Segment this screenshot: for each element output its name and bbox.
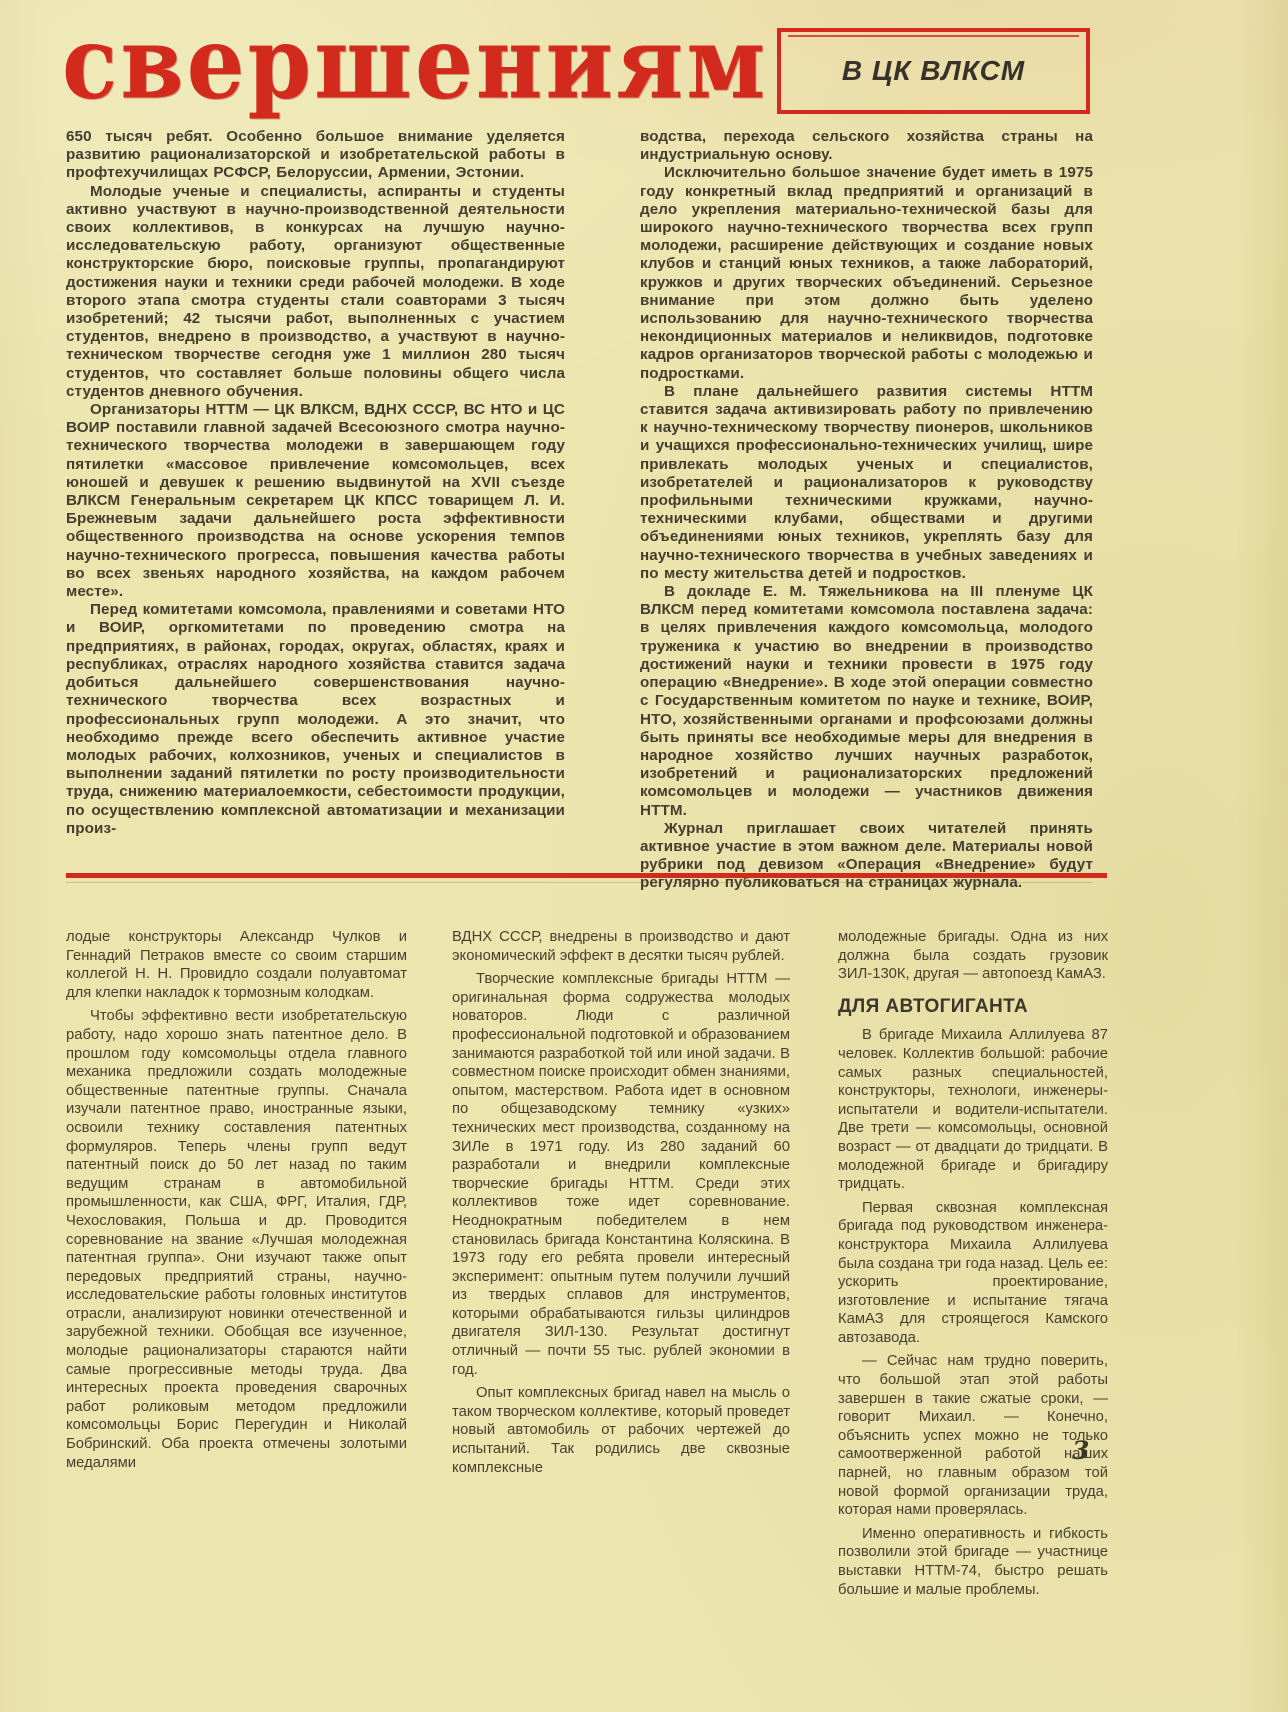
feature-column-2: ВДНХ СССР, внедрены в производство и даю… bbox=[452, 928, 790, 1477]
feature-column-3: молодежные бригады. Одна из них должна б… bbox=[838, 928, 1108, 1599]
paragraph: Организаторы НТТМ — ЦК ВЛКСМ, ВДНХ СССР,… bbox=[66, 401, 565, 601]
section-heading-for-autogiant: ДЛЯ АВТОГИГАНТА bbox=[838, 998, 1108, 1017]
paragraph: Чтобы эффективно вести изобретательскую … bbox=[66, 1007, 407, 1472]
page-number: 3 bbox=[1072, 1436, 1089, 1465]
paragraph: В докладе Е. М. Тяжельникова на III плен… bbox=[640, 583, 1093, 820]
paragraph: Первая сквозная комплексная бригада под … bbox=[838, 1199, 1108, 1348]
paragraph: Творческие комплексные бригады НТТМ — ор… bbox=[452, 970, 790, 1379]
paragraph: молодежные бригады. Одна из них должна б… bbox=[838, 928, 1108, 984]
magazine-page: свершениям В ЦК ВЛКСМ 650 тысяч ребят. О… bbox=[0, 0, 1288, 1712]
page-headline: свершениям bbox=[62, 6, 722, 129]
paragraph: 650 тысяч ребят. Особенно большое вниман… bbox=[66, 128, 565, 183]
paragraph: В бригаде Михаила Аллилуева 87 человек. … bbox=[838, 1026, 1108, 1193]
badge-label: В ЦК ВЛКСМ bbox=[842, 55, 1025, 87]
feature-column-1: лодые конструкторы Александр Чулков и Ге… bbox=[66, 928, 407, 1472]
paragraph: ВДНХ СССР, внедрены в производство и даю… bbox=[452, 928, 790, 965]
paragraph: — Сейчас нам трудно поверить, что большо… bbox=[838, 1352, 1108, 1519]
paragraph: Перед комитетами комсомола, правлениями … bbox=[66, 601, 565, 838]
section-divider-rule bbox=[66, 873, 1107, 878]
paragraph: лодые конструкторы Александр Чулков и Ге… bbox=[66, 928, 407, 1002]
lead-article-right-column: водства, перехода сельского хозяйства ст… bbox=[640, 128, 1093, 893]
feature-column-3-intro: молодежные бригады. Одна из них должна б… bbox=[838, 928, 1108, 984]
paragraph: Исключительно большое значение будет име… bbox=[640, 164, 1093, 382]
ck-vlksm-badge: В ЦК ВЛКСМ bbox=[777, 28, 1090, 114]
paragraph: водства, перехода сельского хозяйства ст… bbox=[640, 128, 1093, 164]
paragraph: В плане дальнейшего развития системы НТТ… bbox=[640, 383, 1093, 583]
paragraph: Опыт комплексных бригад навел на мысль о… bbox=[452, 1384, 790, 1477]
lead-article-left-column: 650 тысяч ребят. Особенно большое вниман… bbox=[66, 128, 565, 838]
paragraph: Именно оперативность и гибкость позволил… bbox=[838, 1525, 1108, 1599]
feature-column-3-body: В бригаде Михаила Аллилуева 87 человек. … bbox=[838, 1026, 1108, 1599]
paragraph: Молодые ученые и специалисты, аспиранты … bbox=[66, 183, 565, 401]
